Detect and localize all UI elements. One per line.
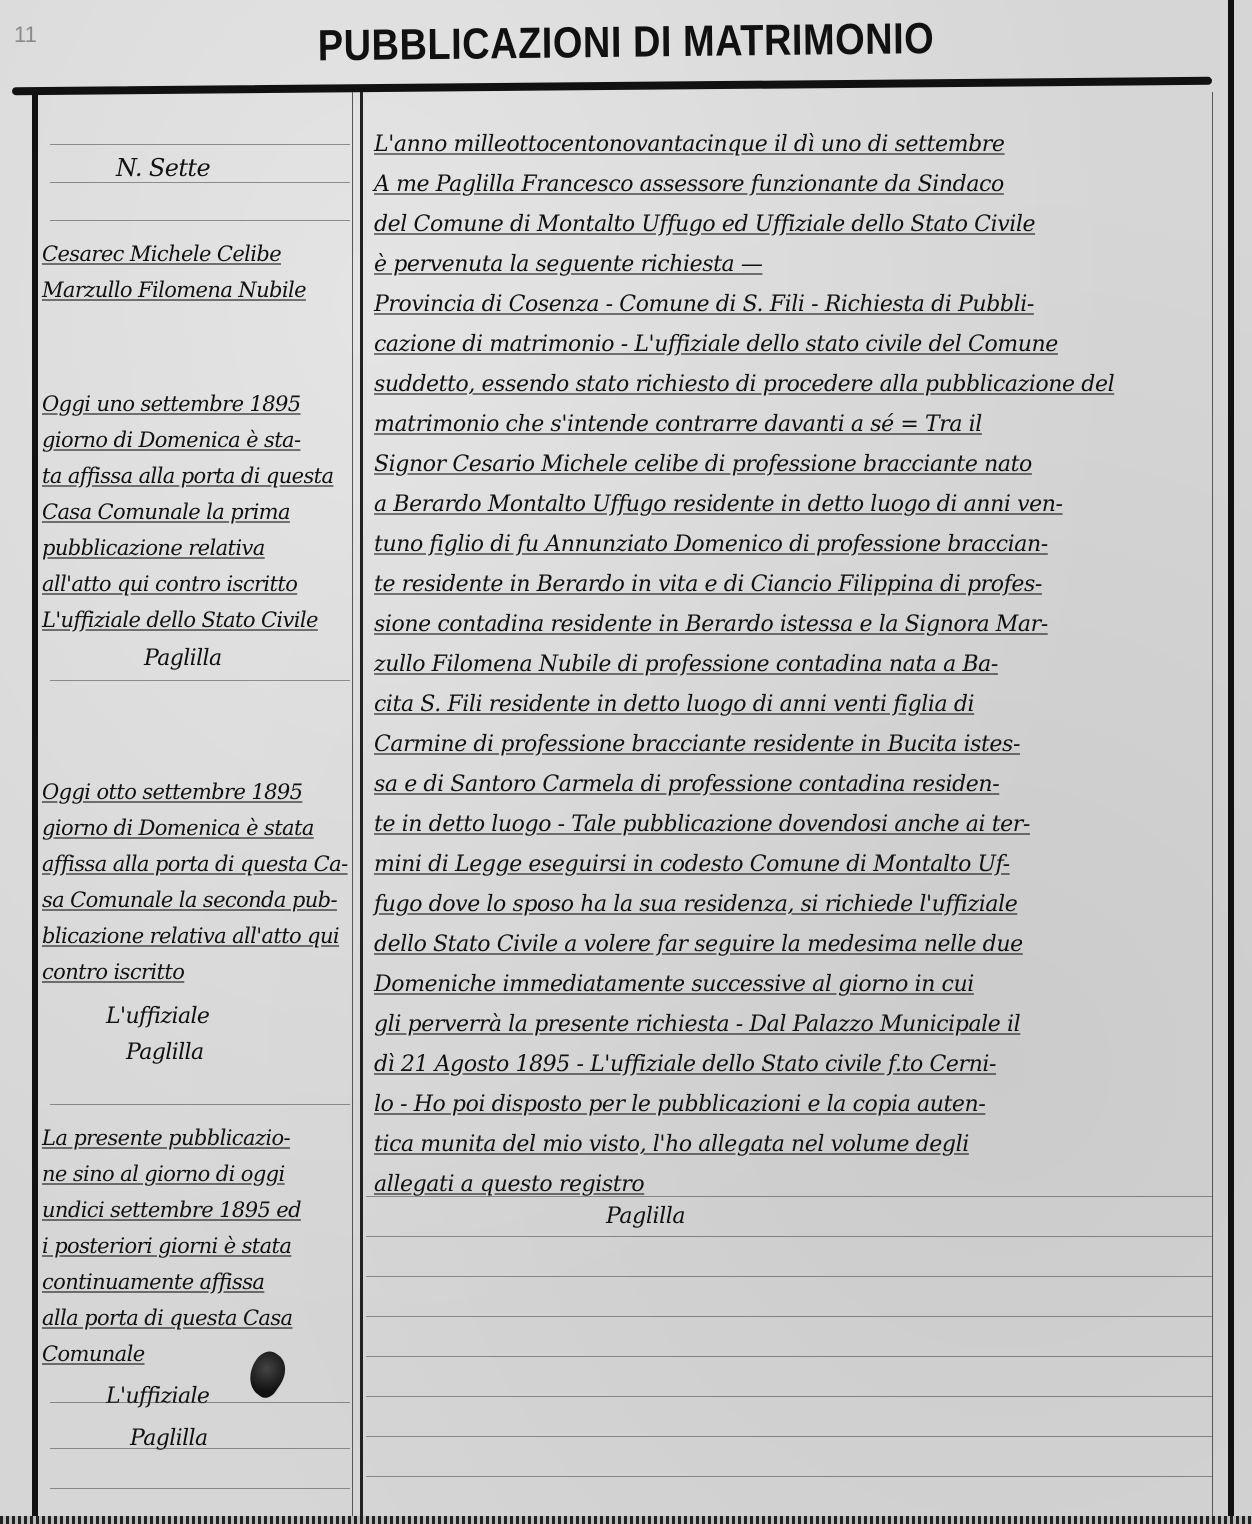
ruled-line xyxy=(366,1276,1212,1277)
ruled-line xyxy=(50,1488,350,1489)
act-text-line: allegati a questo registro xyxy=(374,1172,644,1197)
act-text-line: cita S. Fili residente in detto luogo di… xyxy=(374,692,974,717)
page-title: PUBBLICAZIONI DI MATRIMONIO xyxy=(0,11,1252,76)
ruled-line xyxy=(366,1316,1212,1317)
ruled-line xyxy=(50,182,350,183)
first-signature: Paglilla xyxy=(144,646,221,671)
ruled-line xyxy=(50,1104,350,1105)
second-publication-line: affissa alla porta di questa Ca- xyxy=(42,852,348,876)
second-officer-label: L'uffiziale xyxy=(106,1004,209,1029)
first-publication-line: Casa Comunale la prima xyxy=(42,500,290,524)
act-text-line: A me Paglilla Francesco assessore funzio… xyxy=(374,172,1004,197)
left-margin-column: N. Sette Cesarec Michele Celibe Marzullo… xyxy=(40,92,352,1524)
act-text-line: te residente in Berardo in vita e di Cia… xyxy=(374,572,1042,597)
act-text-line: sa e di Santoro Carmela di professione c… xyxy=(374,772,999,797)
second-publication-line: sa Comunale la seconda pub- xyxy=(42,888,337,912)
spouse-bride: Marzullo Filomena Nubile xyxy=(42,278,306,302)
ruled-line xyxy=(50,1402,350,1403)
inner-right-border xyxy=(1212,92,1213,1524)
act-text-line: Signor Cesario Michele celibe di profess… xyxy=(374,452,1032,477)
closing-note-line: La presente pubblicazio- xyxy=(42,1126,290,1150)
act-text-line: del Comune di Montalto Uffugo ed Uffizia… xyxy=(374,212,1035,237)
act-text-line: sione contadina residente in Berardo ist… xyxy=(374,612,1048,637)
column-divider xyxy=(360,92,363,1524)
column-divider-inner xyxy=(352,92,353,1524)
closing-note-line: ne sino al giorno di oggi xyxy=(42,1162,285,1186)
first-publication-line: ta affissa alla porta di questa xyxy=(42,464,333,488)
act-text-line: te in detto luogo - Tale pubblicazione d… xyxy=(374,812,1030,837)
act-text-line: matrimonio che s'intende contrarre davan… xyxy=(374,412,982,437)
frame-left-border xyxy=(32,92,38,1524)
ruled-line xyxy=(50,144,350,145)
second-publication-line: blicazione relativa all'atto qui xyxy=(42,924,339,948)
first-publication-line: giorno di Domenica è sta- xyxy=(42,428,300,452)
closing-note-line: alla porta di questa Casa xyxy=(42,1306,292,1330)
register-page: 11 PUBBLICAZIONI DI MATRIMONIO N. Sette … xyxy=(0,0,1252,1524)
second-publication-line: Oggi otto settembre 1895 xyxy=(42,780,302,804)
ruled-line xyxy=(366,1196,1212,1197)
act-text-line: lo - Ho poi disposto per le pubblicazion… xyxy=(374,1092,985,1117)
entry-number: N. Sette xyxy=(116,154,210,182)
closing-note-line: Comunale xyxy=(42,1342,145,1366)
ruled-line xyxy=(366,1396,1212,1397)
first-publication-line: Oggi uno settembre 1895 xyxy=(42,392,301,416)
act-text-line: mini di Legge eseguirsi in codesto Comun… xyxy=(374,852,1010,877)
closing-officer-label: L'uffiziale xyxy=(106,1384,209,1409)
act-text-line: L'anno milleottocentonovantacinque il dì… xyxy=(374,132,1005,157)
ruled-line xyxy=(50,680,350,681)
ruled-line xyxy=(366,1476,1212,1477)
ruled-line xyxy=(366,1356,1212,1357)
act-text-line: dello Stato Civile a volere far seguire … xyxy=(374,932,1023,957)
second-publication-line: contro iscritto xyxy=(42,960,184,984)
second-publication-line: giorno di Domenica è stata xyxy=(42,816,314,840)
ruled-line xyxy=(50,1448,350,1449)
act-text-line: a Berardo Montalto Uffugo residente in d… xyxy=(374,492,1063,517)
page-bottom-edge xyxy=(0,1516,1252,1524)
act-text-line: suddetto, essendo stato richiesto di pro… xyxy=(374,372,1114,397)
act-signature: Paglilla xyxy=(606,1204,685,1229)
act-text-line: Provincia di Cosenza - Comune di S. Fili… xyxy=(374,292,1034,317)
act-text-line: zullo Filomena Nubile di professione con… xyxy=(374,652,998,677)
act-text-line: gli perverrà la presente richiesta - Dal… xyxy=(374,1012,1020,1037)
ruled-line xyxy=(366,1236,1212,1237)
act-text-line: dì 21 Agosto 1895 - L'uffiziale dello St… xyxy=(374,1052,996,1077)
closing-note-line: continuamente affissa xyxy=(42,1270,264,1294)
closing-note-line: undici settembre 1895 ed xyxy=(42,1198,301,1222)
main-act-column: L'anno milleottocentonovantacinque il dì… xyxy=(366,92,1212,1524)
act-text-line: è pervenuta la seguente richiesta — xyxy=(374,252,762,277)
act-text-line: Carmine di professione bracciante reside… xyxy=(374,732,1020,757)
act-text-line: cazione di matrimonio - L'uffiziale dell… xyxy=(374,332,1058,357)
closing-note-line: i posteriori giorni è stata xyxy=(42,1234,291,1258)
act-text-line: Domeniche immediatamente successive al g… xyxy=(374,972,974,997)
act-text-line: tica munita del mio visto, l'ho allegata… xyxy=(374,1132,969,1157)
act-text-line: tuno figlio di fu Annunziato Domenico di… xyxy=(374,532,1048,557)
ruled-line xyxy=(366,1436,1212,1437)
ruled-line xyxy=(50,220,350,221)
frame-right-border xyxy=(1228,0,1234,1524)
act-text-line: fugo dove lo sposo ha la sua residenza, … xyxy=(374,892,1017,917)
first-publication-line: L'uffiziale dello Stato Civile xyxy=(42,608,318,632)
second-signature: Paglilla xyxy=(126,1040,203,1065)
first-publication-line: all'atto qui contro iscritto xyxy=(42,572,297,596)
spouse-groom: Cesarec Michele Celibe xyxy=(42,242,281,266)
first-publication-line: pubblicazione relativa xyxy=(42,536,265,560)
